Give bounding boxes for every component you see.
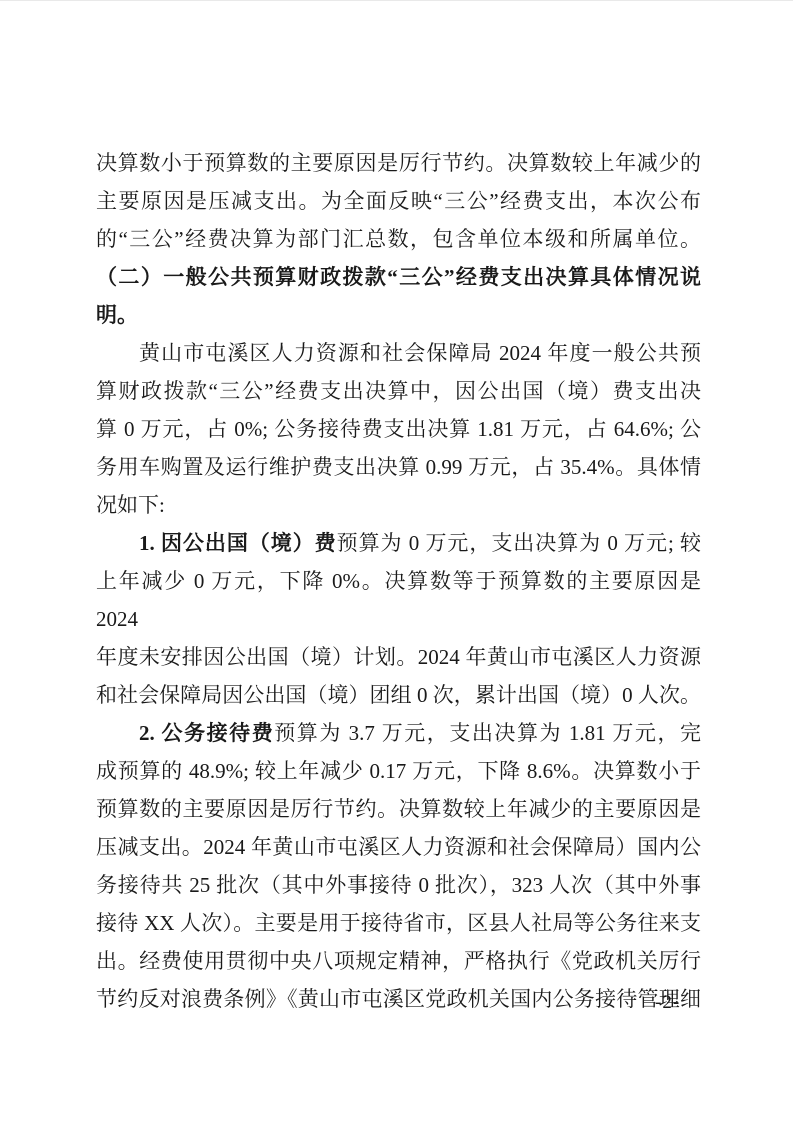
item-1-text: 预算为 0 万元，支出决算为 0 万元; 较 xyxy=(337,531,701,555)
text-line: 况如下: xyxy=(96,486,701,524)
text-line: 决算数小于预算数的主要原因是厉行节约。决算数较上年减少的 xyxy=(96,144,701,182)
text-line: 预算数的主要原因是厉行节约。决算数较上年减少的主要原因是 xyxy=(96,790,701,828)
text-line: 黄山市屯溪区人力资源和社会保障局 2024 年度一般公共预 xyxy=(96,334,701,372)
document-body: 决算数小于预算数的主要原因是厉行节约。决算数较上年减少的 主要原因是压减支出。为… xyxy=(96,144,701,1018)
item-1-heading: 1. 因公出国（境）费 xyxy=(139,531,337,555)
text-line: 务用车购置及运行维护费支出决算 0.99 万元，占 35.4%。具体情 xyxy=(96,448,701,486)
text-line: 压减支出。2024 年黄山市屯溪区人力资源和社会保障局）国内公 xyxy=(96,828,701,866)
text-line: 出。经费使用贯彻中央八项规定精神，严格执行《党政机关厉行 xyxy=(96,942,701,980)
text-line: 算 0 万元，占 0%; 公务接待费支出决算 1.81 万元，占 64.6%; … xyxy=(96,410,701,448)
text-line: 年度未安排因公出国（境）计划。2024 年黄山市屯溪区人力资源 xyxy=(96,638,701,676)
text-line: 的“三公”经费决算为部门汇总数，包含单位本级和所属单位。 xyxy=(96,220,701,258)
text-line: 和社会保障局因公出国（境）团组 0 次，累计出国（境）0 人次。 xyxy=(96,676,701,714)
item-2-heading: 2. 公务接待费 xyxy=(139,721,274,745)
text-line: 2. 公务接待费预算为 3.7 万元，支出决算为 1.81 万元，完 xyxy=(96,714,701,752)
paragraph-item-2-reception-fee: 2. 公务接待费预算为 3.7 万元，支出决算为 1.81 万元，完 成预算的 … xyxy=(96,714,701,1018)
text-line: 节约反对浪费条例》《黄山市屯溪区党政机关国内公务接待管理细 xyxy=(96,980,701,1018)
text-line: 1. 因公出国（境）费预算为 0 万元，支出决算为 0 万元; 较 xyxy=(96,524,701,562)
text-line: 上年减少 0 万元，下降 0%。决算数等于预算数的主要原因是 2024 xyxy=(96,562,701,638)
text-line: 主要原因是压减支出。为全面反映“三公”经费支出，本次公布 xyxy=(96,182,701,220)
text-line: 算财政拨款“三公”经费支出决算中，因公出国（境）费支出决 xyxy=(96,372,701,410)
text-line: 务接待共 25 批次（其中外事接待 0 批次），323 人次（其中外事 xyxy=(96,866,701,904)
paragraph-overview: 黄山市屯溪区人力资源和社会保障局 2024 年度一般公共预 算财政拨款“三公”经… xyxy=(96,334,701,524)
document-page: 决算数小于预算数的主要原因是厉行节约。决算数较上年减少的 主要原因是压减支出。为… xyxy=(0,0,793,1123)
item-2-text: 预算为 3.7 万元，支出决算为 1.81 万元，完 xyxy=(274,721,701,745)
heading-line: （二）一般公共预算财政拨款“三公”经费支出决算具体情况说 xyxy=(96,258,701,296)
paragraph-item-1-abroad-fee: 1. 因公出国（境）费预算为 0 万元，支出决算为 0 万元; 较 上年减少 0… xyxy=(96,524,701,714)
heading-line: 明。 xyxy=(96,296,701,334)
paragraph-carryover: 决算数小于预算数的主要原因是厉行节约。决算数较上年减少的 主要原因是压减支出。为… xyxy=(96,144,701,258)
page-number: -2- xyxy=(655,991,680,1015)
text-line: 成预算的 48.9%; 较上年减少 0.17 万元，下降 8.6%。决算数小于 xyxy=(96,752,701,790)
section-heading-2: （二）一般公共预算财政拨款“三公”经费支出决算具体情况说 明。 xyxy=(96,258,701,334)
text-line: 接待 XX 人次）。主要是用于接待省市，区县人社局等公务往来支 xyxy=(96,904,701,942)
